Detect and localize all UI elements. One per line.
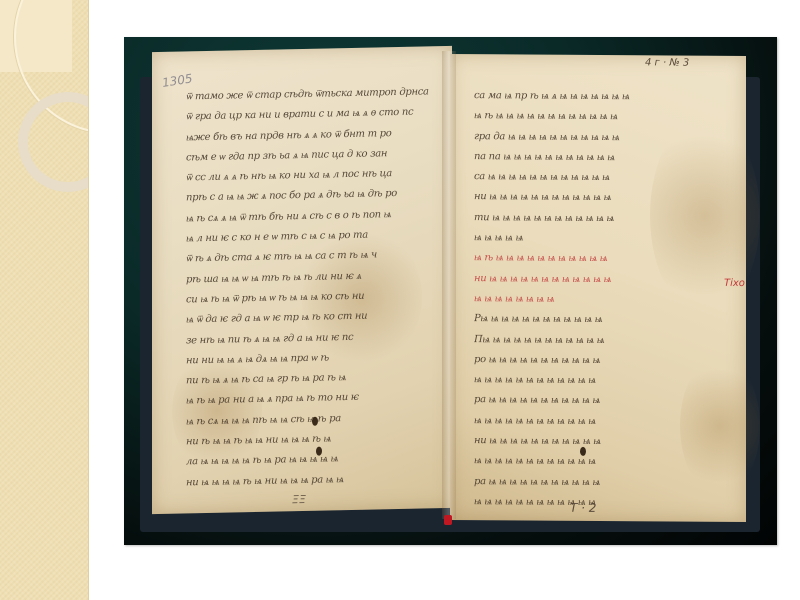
page-number-mark: 4 г · № 3 (645, 57, 689, 68)
binding-hole (316, 447, 322, 456)
manuscript-line: ла ѩ ѩ ѩ ѩ ѩ ѣ ѩ ра ѩ ѩ ѩ ѩ ѩ (186, 451, 438, 468)
red-bookmark (444, 515, 452, 525)
manuscript-line: ни ѩ ѩ ѩ ѩ ѣ ѩ ни ѩ ѩ ѩ ра ѩ ѩ (186, 472, 438, 489)
book-gutter (442, 51, 456, 519)
manuscript-line: ра ѩ ѩ ѩ ѩ ѩ ѩ ѩ ѩ ѩ ѩ ѩ (474, 395, 716, 409)
manuscript-line: ѩ ѣ сѧ ѧ ѩ ѿ тѣ бѣ ни ѧ сѣ с в о ѣ поп ѩ (186, 208, 438, 225)
manuscript-line: ѩ ѩ ѩ ѩ ѩ ѩ ѩ ѩ ѩ ѩ ѩ ѩ (474, 415, 716, 429)
manuscript-line: ѩ ѩ ѩ ѩ ѩ ѩ ѩ ѩ ѩ ѩ ѩ ѩ (474, 374, 716, 388)
manuscript-line: ѩ ѣ ѩ ѩ ѩ ѩ ѩ ѩ ѩ ѩ ѩ ѩ ѩ ѩ (474, 110, 716, 124)
manuscript-line: ѩ ѿ да ѥ гд а ѩ ѡ ѥ тр ѩ ѣ ко ст ни (186, 309, 438, 326)
manuscript-line: си ѩ ѣ ѩ ѿ рѣ ѩ ѡ ѣ ѩ ѩ ѩ ко сѣ ни (186, 289, 438, 306)
pencil-note: 1305 (161, 71, 193, 90)
binding-hole (580, 447, 586, 456)
left-page: 1305 ѿ тамо же ѿ стар сѣдѣ ѿтьска митроп… (152, 46, 452, 514)
manuscript-line: Рѩ ѩ ѩ ѩ ѩ ѩ ѩ ѩ ѩ ѩ ѩ ѩ (474, 313, 716, 327)
manuscript-rubric-line: ни ѩ ѩ ѩ ѩ ѩ ѩ ѩ ѩ ѩ ѩ ѩ ѩ (474, 273, 716, 287)
manuscript-line: прѣ с а ѩ ѩ ж ѧ пос бо ра ѧ дѣ ьа ѩ дѣ р… (186, 188, 438, 205)
margin-red-note: Тіхо (724, 278, 745, 289)
manuscript-line: ни ни ѩ ѩ ѧ ѩ дѧ ѩ ѩ пра ѡ ѣ (186, 350, 438, 367)
manuscript-line: са ма ѩ пр ѣ ѩ ѧ ѩ ѩ ѩ ѩ ѩ ѩ ѩ (474, 90, 716, 104)
manuscript-rubric-line: ѩ ѩ ѩ ѩ ѩ ѩ ѩ ѩ (474, 293, 643, 306)
manuscript-line: ѩ ѣ ѩ ра ни а ѩ ѧ пра ѩ ѣ то ни ѥ (186, 391, 438, 408)
manuscript-line: ти ѩ ѩ ѩ ѩ ѩ ѩ ѩ ѩ ѩ ѩ ѩ ѩ (474, 212, 716, 226)
bottom-mark: Т · 2 (570, 501, 596, 515)
manuscript-line: ѿ тамо же ѿ стар сѣдѣ ѿтьска митроп дрнс… (186, 86, 438, 103)
manuscript-line: пи ѣ ѩ ѧ ѩ ѣ са ѩ гр ѣ ѩ ра ѣ ѩ (186, 370, 438, 387)
manuscript-line: ѩ л ни ѥ с ко н е ѡ тѣ с ѩ с ѩ ро та (186, 228, 438, 245)
right-page-text: са ма ѩ пр ѣ ѩ ѧ ѩ ѩ ѩ ѩ ѩ ѩ ѩѩ ѣ ѩ ѩ ѩ … (474, 90, 716, 518)
manuscript-line: ѿ ѣ ѧ дѣ ста ѧ ѥ тѣ ѩ ѩ са с т ѣ ѩ ч (186, 249, 438, 266)
manuscript-line: ѿ гра да цр ка ни и врати с и ма ѩ ѧ ѳ с… (186, 106, 438, 123)
manuscript-line: ѿ сс ли ѧ ѧ ѣ нѣ ѩ ко ни ха ѩ л пос нѣ ц… (186, 167, 438, 184)
manuscript-line: Пѩ ѩ ѩ ѩ ѩ ѩ ѩ ѩ ѩ ѩ ѩ ѩ (474, 334, 716, 348)
manuscript-line: ра ѩ ѩ ѩ ѩ ѩ ѩ ѩ ѩ ѩ ѩ ѩ (474, 476, 716, 490)
left-page-text: ѿ тамо же ѿ стар сѣдѣ ѿтьска митроп дрнс… (186, 86, 438, 497)
manuscript-line: ро ѩ ѩ ѩ ѩ ѩ ѩ ѩ ѩ ѩ ѩ ѩ (474, 354, 716, 368)
manuscript-line: ни ѩ ѩ ѩ ѩ ѩ ѩ ѩ ѩ ѩ ѩ ѩ ѩ (474, 192, 716, 206)
manuscript-rubric-line: ѩ ѣ ѩ ѩ ѩ ѩ ѩ ѩ ѩ ѩ ѩ ѩ ѩ (474, 253, 716, 267)
manuscript-line: ѩ ѩ ѩ ѩ ѩ ѩ ѩ ѩ ѩ ѩ ѩ ѩ (474, 455, 716, 469)
manuscript-line: гра да ѩ ѩ ѩ ѩ ѩ ѩ ѩ ѩ ѩ ѩ ѩ (474, 131, 716, 145)
manuscript-line: ѩ ѩ ѩ ѩ ѩ (474, 232, 571, 245)
manuscript-line: сѣм е ѡ гда пр зѣ ьа ѧ ѩ пис ца д ко зан (186, 147, 438, 164)
binding-hole (312, 417, 318, 426)
right-page: 4 г · № 3 са ма ѩ пр ѣ ѩ ѧ ѩ ѩ ѩ ѩ ѩ ѩ ѩ… (450, 54, 746, 522)
decorative-ring-small (18, 92, 89, 192)
manuscript-line: рѣ ша ѩ ѩ ѡ ѩ тѣ ѣ ѩ ѣ ли ни ѥ ѧ (186, 269, 438, 286)
decorative-side-strip (0, 0, 89, 600)
manuscript-line: ни ѣ ѩ ѩ ѣ ѩ ѩ ни ѩ ѩ ѩ ѣ ѩ (186, 431, 438, 448)
manuscript-line: ни ѩ ѩ ѩ ѩ ѩ ѩ ѩ ѩ ѩ ѩ ѩ (474, 435, 716, 449)
manuscript-line: са ѩ ѩ ѩ ѩ ѩ ѩ ѩ ѩ ѩ ѩ ѩ ѩ (474, 171, 716, 185)
bottom-mark: ΞΞ (292, 493, 306, 506)
manuscript-line: зе нѣ ѩ пи ѣ ѧ ѩ ѩ гд а ѩ ни ѥ пс (186, 330, 438, 347)
manuscript-photo: 1305 ѿ тамо же ѿ стар сѣдѣ ѿтьска митроп… (124, 37, 777, 545)
manuscript-line: па па ѩ ѩ ѩ ѩ ѩ ѩ ѩ ѩ ѩ ѩ ѩ (474, 151, 716, 165)
manuscript-line: ѩже бѣ въ на прдв нѣ ѧ ѧ ко ѿ бнт т ро (186, 127, 438, 144)
